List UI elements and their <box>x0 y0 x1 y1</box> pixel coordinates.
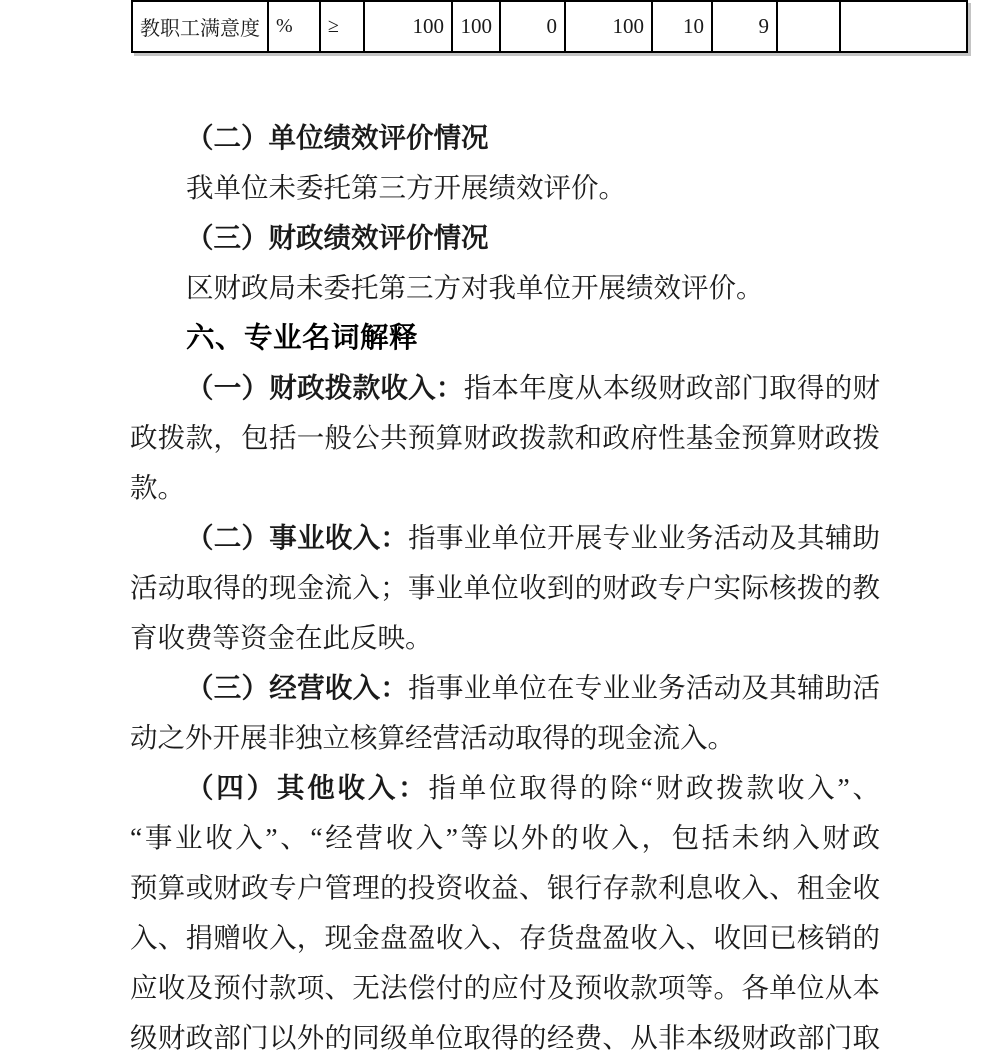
section-heading: （二）单位绩效评价情况 <box>130 113 880 163</box>
document-line: 入、捐赠收入，现金盘盈收入、存货盘盈收入、收回已核销的 <box>130 913 880 963</box>
table-cell-empty-1 <box>777 1 840 52</box>
term-lead: （二）事业收入： <box>186 522 408 553</box>
table-cell-unit: % <box>268 1 320 52</box>
document-line: （四）其他收入：指单位取得的除“财政拨款收入”、 <box>130 763 880 813</box>
table-cell-indicator-name: 教职工满意度 <box>132 1 268 52</box>
document-line: 我单位未委托第三方开展绩效评价。 <box>130 163 880 213</box>
table-cell-value-4: 100 <box>565 1 652 52</box>
document-line: 活动取得的现金流入；事业单位收到的财政专户实际核拨的教 <box>130 563 880 613</box>
document-line: （二）事业收入：指事业单位开展专业业务活动及其辅助 <box>130 513 880 563</box>
document-body: （二）单位绩效评价情况我单位未委托第三方开展绩效评价。（三）财政绩效评价情况区财… <box>130 113 880 1061</box>
table-cell-comparison-sign: ≥ <box>320 1 364 52</box>
document-line: 动之外开展非独立核算经营活动取得的现金流入。 <box>130 713 880 763</box>
table-cell-value-5: 10 <box>652 1 712 52</box>
document-line: 款。 <box>130 463 880 513</box>
table-cell-value-6: 9 <box>712 1 777 52</box>
document-line: 级财政部门以外的同级单位取得的经费、从非本级财政部门取 <box>130 1013 880 1061</box>
document-line: 预算或财政专户管理的投资收益、银行存款利息收入、租金收 <box>130 863 880 913</box>
document-page: 教职工满意度 % ≥ 100 100 0 100 10 9 （二）单位绩效评价情… <box>0 0 1000 1061</box>
document-line: 区财政局未委托第三方对我单位开展绩效评价。 <box>130 263 880 313</box>
document-line: “事业收入”、“经营收入”等以外的收入，包括未纳入财政 <box>130 813 880 863</box>
table-cell-value-1: 100 <box>364 1 452 52</box>
section-heading: （三）财政绩效评价情况 <box>130 213 880 263</box>
table-row: 教职工满意度 % ≥ 100 100 0 100 10 9 <box>132 1 967 52</box>
term-lead: （四）其他收入： <box>186 772 428 803</box>
table-cell-value-3: 0 <box>500 1 565 52</box>
document-line: 应收及预付款项、无法偿付的应付及预收款项等。各单位从本 <box>130 963 880 1013</box>
section-heading: 六、专业名词解释 <box>130 313 880 363</box>
document-line: 育收费等资金在此反映。 <box>130 613 880 663</box>
document-line: （三）经营收入：指事业单位在专业业务活动及其辅助活 <box>130 663 880 713</box>
table-cell-empty-2 <box>840 1 967 52</box>
term-lead: （三）经营收入： <box>186 672 408 703</box>
document-line: （一）财政拨款收入：指本年度从本级财政部门取得的财 <box>130 363 880 413</box>
performance-indicator-table: 教职工满意度 % ≥ 100 100 0 100 10 9 <box>131 0 968 53</box>
table-cell-value-2: 100 <box>452 1 500 52</box>
term-lead: （一）财政拨款收入： <box>186 372 464 403</box>
document-line: 政拨款，包括一般公共预算财政拨款和政府性基金预算财政拨 <box>130 413 880 463</box>
